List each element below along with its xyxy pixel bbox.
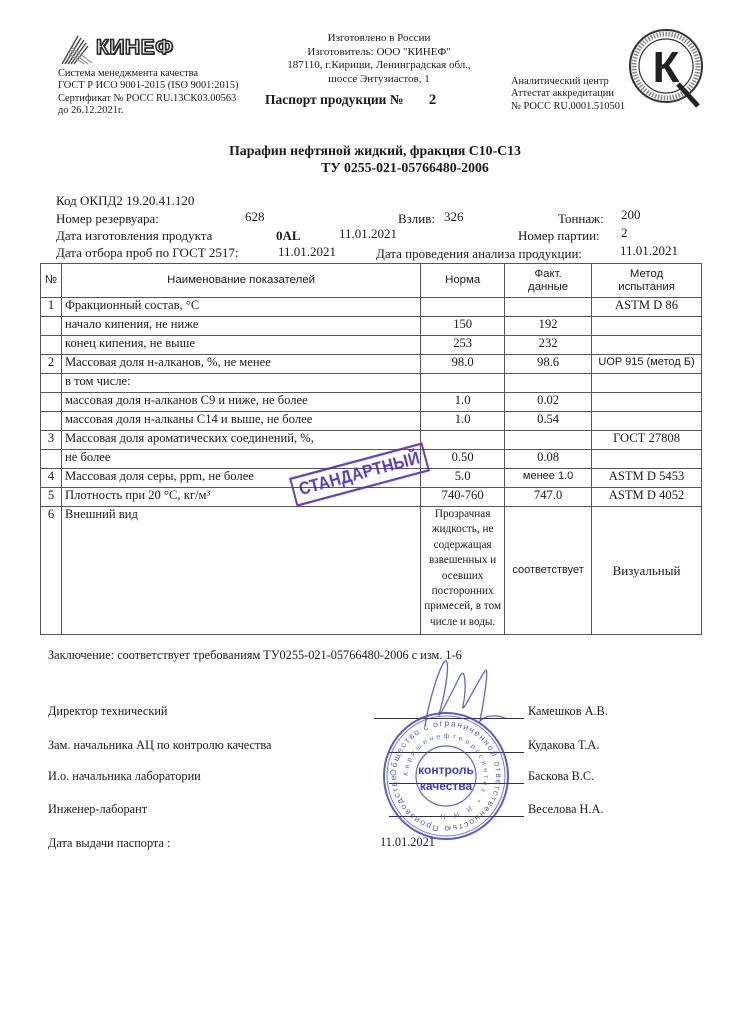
maker-line: 187110, г.Кириши, Ленинградская обл., (248, 59, 510, 73)
okpd-value: 19.20.41.120 (126, 193, 194, 208)
made-label: Дата изготовления продукта (56, 228, 212, 244)
test-method (592, 450, 702, 469)
signatory-name: Баскова В.С. (528, 769, 594, 784)
passport-number: 2 (429, 92, 437, 109)
norm-value: Прозрачная жидкость, не содержащая взвеш… (421, 507, 505, 635)
fact-value: 0.02 (505, 393, 592, 412)
signatory-title: Инженер-лаборант (48, 802, 147, 817)
qms-line: до 26.12.2021г. (58, 105, 239, 117)
row-number: 4 (41, 469, 62, 488)
accreditation-seal-icon: К (620, 26, 716, 110)
fact-value (505, 298, 592, 317)
svg-text:контроль: контроль (418, 763, 474, 777)
qms-line: Сертификат № РОСС RU.13СК03.00563 (58, 93, 239, 105)
indicator-name: в том числе: (61, 374, 420, 393)
table-row: в том числе: (41, 374, 702, 393)
signatory-title: И.о. начальника лаборатории (48, 769, 201, 784)
row-number (41, 393, 62, 412)
row-number (41, 450, 62, 469)
test-method (592, 374, 702, 393)
tonnage-value: 200 (621, 207, 641, 223)
row-number (41, 336, 62, 355)
table-row: конец кипения, не выше253232 (41, 336, 702, 355)
lab-line: Аналитический центр (511, 76, 625, 88)
col-header-name: Наименование показателей (61, 264, 420, 298)
indicator-name: Массовая доля ароматических соединений, … (61, 431, 420, 450)
signatory-title: Директор технический (48, 704, 168, 719)
fact-value: 0.08 (505, 450, 592, 469)
table-row: начало кипения, не ниже150192 (41, 317, 702, 336)
kinef-brand-name: КИНЕФ (96, 36, 174, 60)
test-method (592, 317, 702, 336)
signatory-name: Кудакова Т.А. (528, 738, 599, 753)
table-row: массовая доля н-алканов С9 и ниже, не бо… (41, 393, 702, 412)
analysis-label: Дата проведения анализа продукции: (376, 246, 582, 262)
table-row: 1Фракционный состав, °СASTM D 86 (41, 298, 702, 317)
qms-line: ГОСТ Р ИСО 9001-2015 (ISO 9001:2015) (58, 80, 239, 92)
manufacturer-block: Изготовлено в России Изготовитель: ООО "… (248, 32, 510, 86)
test-method: ГОСТ 27808 (592, 431, 702, 450)
test-method: ASTM D 5453 (592, 469, 702, 488)
test-method: Визуальный (592, 507, 702, 635)
product-tu: ТУ 0255-021-05766480-2006 (68, 159, 742, 176)
fact-value: 192 (505, 317, 592, 336)
col-header-fact-line: Факт. (508, 268, 588, 281)
svg-text:К: К (653, 43, 680, 92)
sample-label: Дата отбора проб по ГОСТ 2517: (56, 245, 239, 261)
row-number: 5 (41, 488, 62, 507)
row-number: 3 (41, 431, 62, 450)
row-number: 1 (41, 298, 62, 317)
row-number: 2 (41, 355, 62, 374)
indicator-name: Внешний вид (61, 507, 420, 635)
test-method: ASTM D 86 (592, 298, 702, 317)
test-method (592, 336, 702, 355)
indicator-name: Фракционный состав, °С (61, 298, 420, 317)
signatory-name: Веселова Н.А. (528, 802, 603, 817)
test-method: ASTM D 4052 (592, 488, 702, 507)
fill-label: Взлив: (398, 211, 435, 227)
fact-value: 0.54 (505, 412, 592, 431)
row-number: 6 (41, 507, 62, 635)
qms-line: Система менеджмента качества (58, 68, 239, 80)
col-header-num: № (41, 264, 62, 298)
fact-value: 232 (505, 336, 592, 355)
signatory-name: Камешков А.В. (528, 704, 608, 719)
col-header-fact-line: данные (508, 281, 588, 294)
norm-value: 1.0 (421, 393, 505, 412)
norm-value: 253 (421, 336, 505, 355)
table-row: 3Массовая доля ароматических соединений,… (41, 431, 702, 450)
batch-value: 2 (621, 225, 628, 241)
table-row: 2Массовая доля н-алканов, %, не менее98.… (41, 355, 702, 374)
norm-value: 98.0 (421, 355, 505, 374)
indicator-name: Массовая доля н-алканов, %, не менее (61, 355, 420, 374)
norm-value (421, 374, 505, 393)
made-code: 0AL (276, 228, 301, 244)
norm-value (421, 431, 505, 450)
okpd-code: Код ОКПД2 19.20.41.120 (56, 193, 194, 209)
product-title-block: Парафин нефтяной жидкий, фракция С10-С13… (0, 142, 742, 176)
col-header-method-line: Метод (595, 268, 698, 281)
okpd-label: Код ОКПД2 (56, 193, 123, 208)
indicator-name: начало кипения, не ниже (61, 317, 420, 336)
passport-label: Паспорт продукции № (265, 92, 403, 107)
maker-line: Изготовлено в России (248, 32, 510, 46)
indicator-name: массовая доля н-алканов С9 и ниже, не бо… (61, 393, 420, 412)
kinef-logo-mark-icon (58, 30, 94, 66)
fact-value (505, 374, 592, 393)
sample-date: 11.01.2021 (278, 244, 336, 260)
fact-value: соответствует (505, 507, 592, 635)
table-header-row: № Наименование показателей Норма Факт.да… (41, 264, 702, 298)
indicator-name: массовая доля н-алканы С14 и выше, не бо… (61, 412, 420, 431)
maker-line: Изготовитель: ООО "КИНЕФ" (248, 46, 510, 60)
col-header-method: Методиспытания (592, 264, 702, 298)
indicator-name: Плотность при 20 °С, кг/м³ (61, 488, 420, 507)
product-name: Парафин нефтяной жидкий, фракция С10-С13 (8, 142, 742, 159)
col-header-fact: Факт.данные (505, 264, 592, 298)
row-number (41, 317, 62, 336)
indicator-name: конец кипения, не выше (61, 336, 420, 355)
passport-title: Паспорт продукции № 2 (265, 92, 436, 109)
norm-value: 5.0 (421, 469, 505, 488)
issue-date-label: Дата выдачи паспорта : (48, 836, 170, 851)
fact-value: менее 1.0 (505, 469, 592, 488)
norm-value: 150 (421, 317, 505, 336)
test-method (592, 393, 702, 412)
table-row: 6Внешний видПрозрачная жидкость, не соде… (41, 507, 702, 635)
norm-value: 0.50 (421, 450, 505, 469)
tank-label: Номер резервуара: (56, 211, 159, 227)
norm-value (421, 298, 505, 317)
col-header-norm: Норма (421, 264, 505, 298)
qms-certification-block: Система менеджмента качества ГОСТ Р ИСО … (58, 68, 239, 117)
fill-value: 326 (444, 209, 464, 225)
test-method (592, 412, 702, 431)
analysis-date: 11.01.2021 (620, 243, 678, 259)
lab-line: Аттестат аккредитации (511, 88, 625, 100)
kinef-logo: КИНЕФ (58, 30, 188, 66)
lab-line: № РОСС RU.0001.510501 (511, 101, 625, 113)
fact-value: 98.6 (505, 355, 592, 374)
svg-text:качества: качества (420, 779, 473, 793)
row-number (41, 412, 62, 431)
tank-value: 628 (245, 209, 265, 225)
norm-value: 1.0 (421, 412, 505, 431)
specification-table: № Наименование показателей Норма Факт.да… (40, 263, 702, 635)
signatory-title: Зам. начальника АЦ по контролю качества (48, 738, 271, 753)
col-header-method-line: испытания (595, 281, 698, 294)
quality-control-round-stamp-icon: Общество с ограниченной ответственностью… (380, 710, 512, 842)
batch-label: Номер партии: (518, 228, 600, 244)
table-row: 5Плотность при 20 °С, кг/м³740-760747.0A… (41, 488, 702, 507)
tonnage-label: Тоннаж: (558, 211, 604, 227)
table-row: массовая доля н-алканы С14 и выше, не бо… (41, 412, 702, 431)
fact-value: 747.0 (505, 488, 592, 507)
maker-line: шоссе Энтузиастов, 1 (248, 73, 510, 87)
row-number (41, 374, 62, 393)
lab-accreditation-block: Аналитический центр Аттестат аккредитаци… (511, 76, 625, 113)
made-date: 11.01.2021 (339, 226, 397, 242)
norm-value: 740-760 (421, 488, 505, 507)
test-method: UOP 915 (метод Б) (592, 355, 702, 374)
fact-value (505, 431, 592, 450)
